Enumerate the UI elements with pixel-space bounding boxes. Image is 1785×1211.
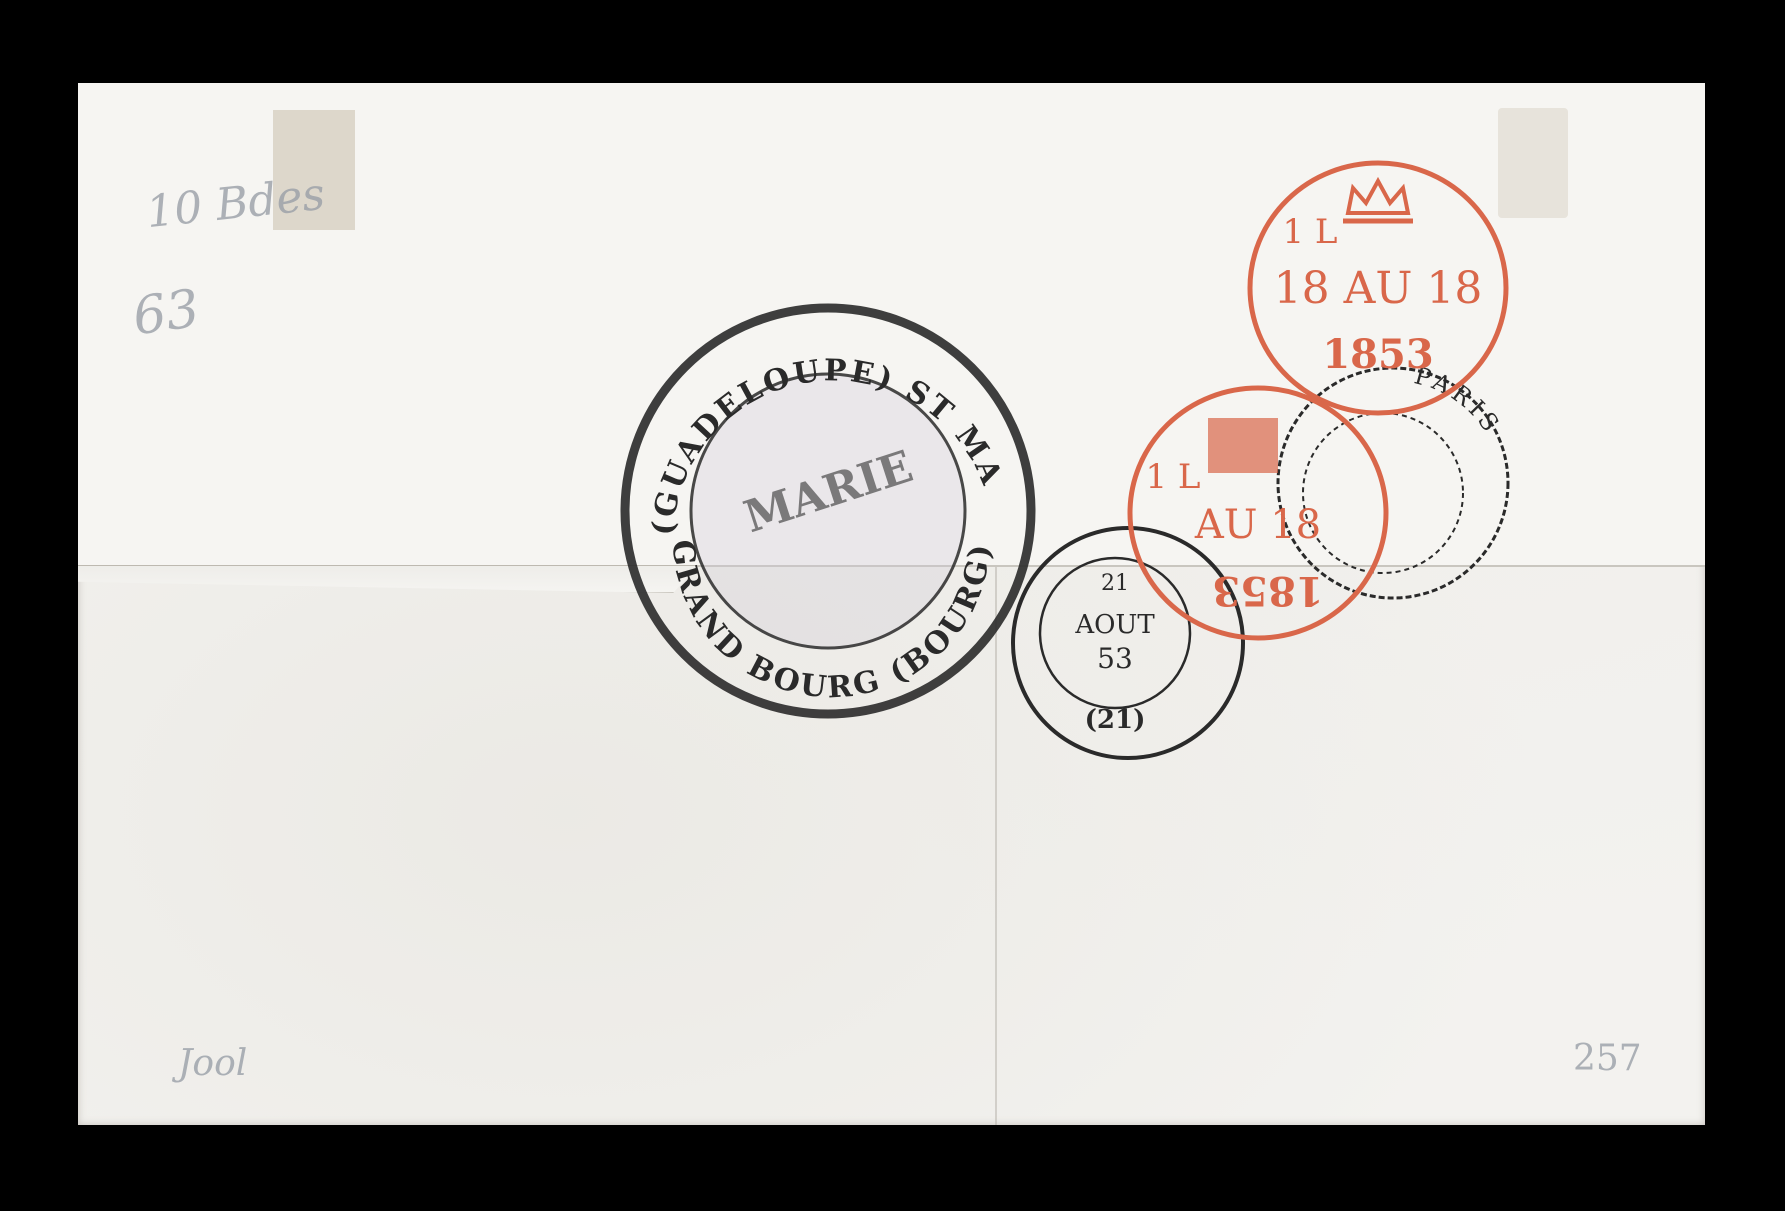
pencil-note-bottom-left: Jool xyxy=(178,1043,247,1084)
svg-text:AU 18: AU 18 xyxy=(1194,502,1321,548)
svg-text:1853: 1853 xyxy=(1212,567,1323,614)
svg-text:(21): (21) xyxy=(1085,705,1146,735)
letter-cover: 10 Bdes 63 Jool 257 (GUADELOUPE) ST MART… xyxy=(78,83,1705,1125)
svg-text:18 AU 18: 18 AU 18 xyxy=(1274,263,1483,314)
svg-text:1853: 1853 xyxy=(1322,331,1433,378)
guadeloupe-seal: (GUADELOUPE) ST MARTIN GRAND BOURG (BOUR… xyxy=(618,301,1038,721)
pencil-note-bottom-right: 257 xyxy=(1573,1038,1642,1079)
flap-edge xyxy=(78,565,698,593)
crown-stamp-2: 1 L AU 18 1853 xyxy=(1118,378,1398,648)
pencil-note-number: 63 xyxy=(129,279,203,348)
svg-text:1 L: 1 L xyxy=(1282,212,1337,252)
svg-text:1 L: 1 L xyxy=(1145,457,1200,497)
